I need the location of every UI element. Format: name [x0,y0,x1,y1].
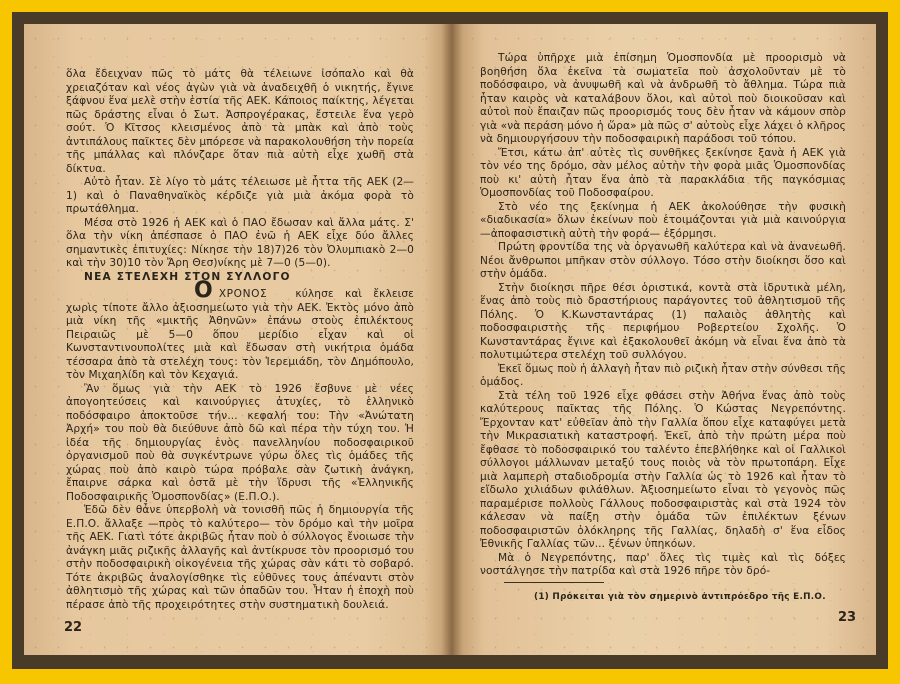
paragraph: Ἐκεῖ ὅμως ποὺ ἡ ἀλλαγὴ ἦταν πιὸ ριζικὴ ἦ… [480,363,846,390]
paragraph: Μὰ ὁ Νεγρεπόντης, παρ' ὅλες τὶς τιμὲς κα… [480,552,846,579]
right-page: Τώρα ὑπῆρχε μιὰ ἐπίσημη Ὁμοσπονδία μὲ πρ… [462,24,876,655]
lead-word: ΧΡΟΝΟΣ [219,288,268,300]
page-number: 23 [838,610,856,625]
footnote-rule [504,582,604,583]
paragraph: ὅλα ἔδειχναν πῶς τὸ μάτς θὰ τέλειωνε ἰσό… [66,68,414,176]
paragraph: Τώρα ὑπῆρχε μιὰ ἐπίσημη Ὁμοσπονδία μὲ πρ… [480,52,846,147]
paragraph-dropcap: ΟΧΡΟΝΟΣκύλησε καὶ ἔκλεισε χωρὶς τίποτε ἄ… [66,284,414,383]
page-number: 22 [64,620,82,635]
section-heading: ΝΕΑ ΣΤΕΛΕΧΗ ΣΤΟΝ ΣΥΛΛΟΓΟ [66,271,414,285]
paragraph: Στὰ τέλη τοῦ 1926 εἶχε φθάσει στὴν Ἀθήνα… [480,390,846,552]
left-page: ὅλα ἔδειχναν πῶς τὸ μάτς θὰ τέλειωνε ἰσό… [24,24,434,655]
footnote: (1) Πρόκειται γιὰ τὸν σημερινὸ ἀντιπρόεδ… [534,592,826,602]
book-spread: ὅλα ἔδειχναν πῶς τὸ μάτς θὰ τέλειωνε ἰσό… [24,24,876,655]
paragraph: Μέσα στὸ 1926 ἡ ΑΕΚ καὶ ὁ ΠΑΟ ἔδωσαν καὶ… [66,217,414,271]
paragraph: Ἂν ὅμως γιὰ τὴν ΑΕΚ τὸ 1926 ἔσβυνε μὲ νέ… [66,383,414,505]
dropcap-letter: Ο [194,278,213,303]
paragraph-rest: κύλησε καὶ ἔκλεισε χωρὶς τίποτε ἄλλο ἀξι… [66,288,414,381]
paragraph: Πρώτη φροντίδα της νὰ ὀργανωθῆ καλύτερα … [480,241,846,282]
right-page-body: Τώρα ὑπῆρχε μιὰ ἐπίσημη Ὁμοσπονδία μὲ πρ… [480,52,846,579]
left-page-body: ὅλα ἔδειχναν πῶς τὸ μάτς θὰ τέλειωνε ἰσό… [66,68,414,612]
paragraph: Ἔτσι, κάτω ἀπ' αὐτὲς τὶς συνθῆκες ξεκίνη… [480,147,846,201]
paragraph: Στὴν διοίκησι πῆρε θέσι ὁριστικά, κοντὰ … [480,282,846,363]
paragraph: Αὐτὸ ἦταν. Σὲ λίγο τὸ μάτς τέλειωσε μὲ ἧ… [66,176,414,217]
paragraph: Ἐδῶ δὲν θἆνε ὑπερβολὴ νὰ τονισθῆ πῶς ἡ δ… [66,504,414,612]
paragraph: Στὸ νέο της ξεκίνημα ἡ ΑΕΚ ἀκολούθησε τὴ… [480,201,846,242]
